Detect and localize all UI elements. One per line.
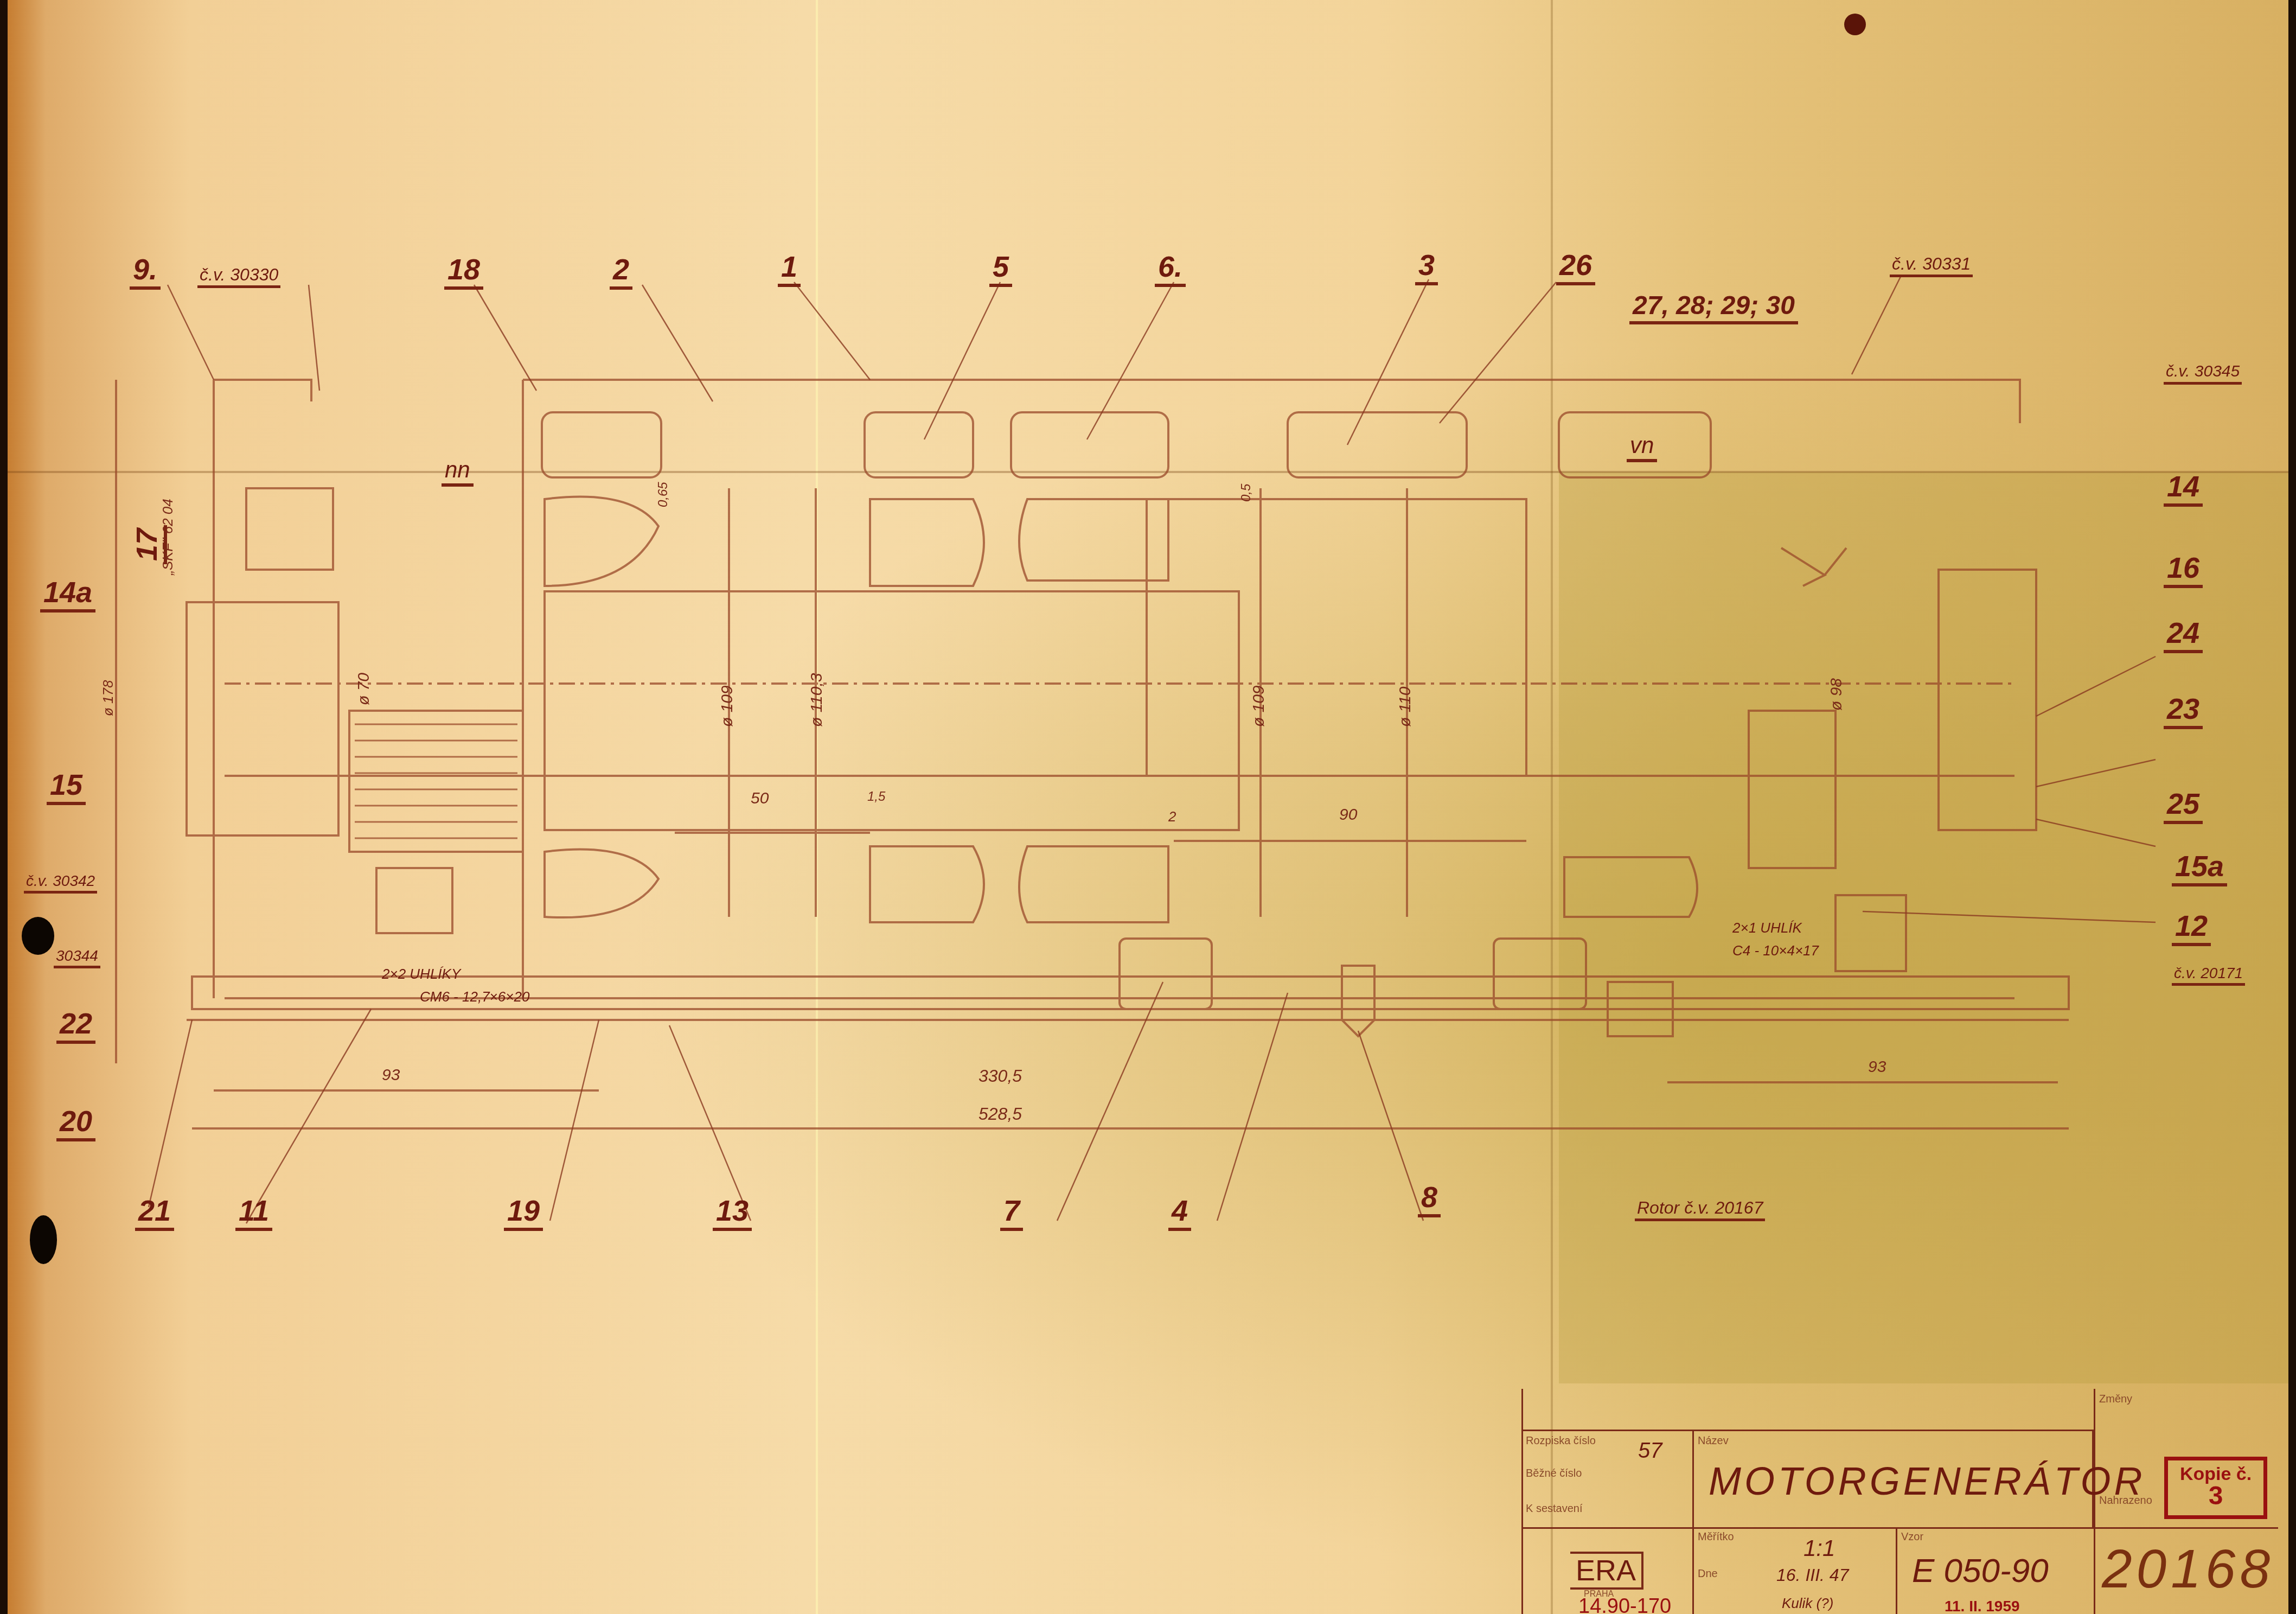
brush-note-left: 2×2 UHLÍKY CM6 - 12,7×6×20	[382, 963, 529, 1008]
part-label: 15	[47, 770, 86, 805]
company-logo: ERA	[1570, 1552, 1643, 1590]
dimension-diameter: ø 109	[718, 685, 737, 727]
rotor-reference: Rotor č.v. 20167	[1635, 1199, 1765, 1221]
part-label: 22	[56, 1009, 95, 1044]
scale-value: 1:1	[1803, 1535, 1835, 1561]
copy-stamp-number: 3	[2168, 1483, 2263, 1509]
assembly-label: K sestavení	[1526, 1503, 1583, 1515]
part-label-group: 27, 28; 29; 30	[1629, 293, 1798, 324]
scale-label: Měřítko	[1698, 1531, 1734, 1543]
part-label: 23	[2164, 694, 2203, 729]
signature: Kulik (?)	[1782, 1595, 1833, 1612]
drawing-reference: č.v. 30331	[1890, 255, 1973, 277]
part-label: 7	[1000, 1196, 1023, 1231]
part-label: 5	[989, 252, 1012, 287]
part-label: 16	[2164, 553, 2203, 588]
dimension-diameter: ø 98	[1827, 678, 1846, 711]
part-label: 20	[56, 1107, 95, 1141]
drawing-reference: č.v. 30345	[2164, 363, 2242, 385]
part-label: 14	[2164, 472, 2203, 507]
title-block-divider	[1692, 1430, 1694, 1614]
part-label: 8	[1418, 1183, 1441, 1217]
note-line: 2×2 UHLÍKY	[382, 963, 529, 986]
drawing-reference: č.v. 30342	[24, 873, 97, 894]
date-value: 16. III. 47	[1776, 1565, 1849, 1585]
part-label: 12	[2172, 911, 2211, 946]
drawing-reference: č.v. 30330	[197, 266, 280, 288]
dimension-diameter: ø 110,3	[808, 673, 826, 727]
drawing-reference: 30344	[54, 948, 100, 968]
part-label: 14a	[40, 578, 95, 613]
parts-list-label: Rozpiska číslo	[1526, 1435, 1596, 1447]
part-label: 25	[2164, 789, 2203, 824]
section-label-high-voltage: vn	[1627, 434, 1657, 462]
serial-label: Běžné číslo	[1526, 1468, 1582, 1480]
dimension-diameter: ø 109	[1250, 685, 1268, 727]
dimension-diameter: ø 70	[355, 673, 373, 705]
bearing-reference: „SKF" 62 04	[159, 499, 176, 575]
stamp-date: 11. II. 1959	[1945, 1598, 2020, 1614]
dimension-length: 330,5	[978, 1066, 1022, 1086]
part-label: 13	[713, 1196, 752, 1231]
part-label: 4	[1168, 1196, 1191, 1231]
brush-note-right: 2×1 UHLÍK C4 - 10×4×17	[1732, 917, 1819, 962]
date-label: Dne	[1698, 1568, 1718, 1580]
parts-list-value: 57	[1638, 1439, 1662, 1463]
dimension-length: 1,5	[867, 789, 885, 805]
ink-spot	[1844, 14, 1866, 35]
dimension-gap: 0,65	[656, 482, 671, 507]
part-label: 11	[235, 1196, 272, 1231]
part-label: 24	[2164, 618, 2203, 653]
part-label: 1	[778, 252, 801, 287]
drawing-title: MOTORGENERÁTOR	[1709, 1459, 2145, 1504]
dimension-diameter: ø 178	[100, 680, 117, 717]
note-line: 2×1 UHLÍK	[1732, 917, 1819, 940]
model-label: Vzor	[1901, 1531, 1923, 1543]
paper-hole	[30, 1215, 57, 1264]
name-label: Název	[1698, 1435, 1729, 1447]
part-label: 21	[135, 1196, 174, 1231]
order-number: 14.90-170	[1578, 1595, 1671, 1614]
copy-stamp-label: Kopie č.	[2168, 1465, 2263, 1483]
replaced-label: Nahrazeno	[2099, 1495, 2152, 1507]
part-label: 6.	[1155, 252, 1186, 287]
drawing-sheet: 9. č.v. 30330 18 2 1 5 6. 3 26 27, 28; 2…	[8, 0, 2288, 1614]
dimension-length: 528,5	[978, 1104, 1022, 1124]
copy-stamp: Kopie č. 3	[2164, 1457, 2267, 1519]
drawing-number: 20168	[2102, 1538, 2274, 1600]
part-label: 15a	[2172, 852, 2227, 886]
section-label-low-voltage: nn	[442, 458, 474, 487]
dimension-length: 93	[382, 1066, 400, 1084]
part-label: 2	[610, 255, 632, 290]
dimension-diameter: ø 110	[1396, 687, 1415, 728]
changes-label: Změny	[2099, 1393, 2132, 1406]
model-value: E 050-90	[1912, 1552, 2049, 1590]
part-label: 19	[504, 1196, 543, 1231]
dimension-length: 50	[751, 789, 769, 808]
part-label: 3	[1415, 251, 1438, 285]
note-line: C4 - 10×4×17	[1732, 940, 1819, 962]
title-block-divider	[1896, 1527, 1897, 1614]
part-label: 26	[1556, 251, 1595, 285]
dimension-length: 93	[1868, 1058, 1886, 1076]
dimension-length: 2	[1168, 808, 1176, 825]
paper-hole	[22, 917, 54, 955]
part-label: 9.	[130, 255, 161, 290]
dimension-gap: 0,5	[1239, 484, 1254, 502]
note-line: CM6 - 12,7×6×20	[382, 986, 529, 1009]
dimension-length: 90	[1339, 806, 1357, 824]
motor-generator-cross-section	[8, 0, 2288, 1614]
drawing-reference: č.v. 20171	[2172, 966, 2245, 986]
part-label: 18	[444, 255, 483, 290]
